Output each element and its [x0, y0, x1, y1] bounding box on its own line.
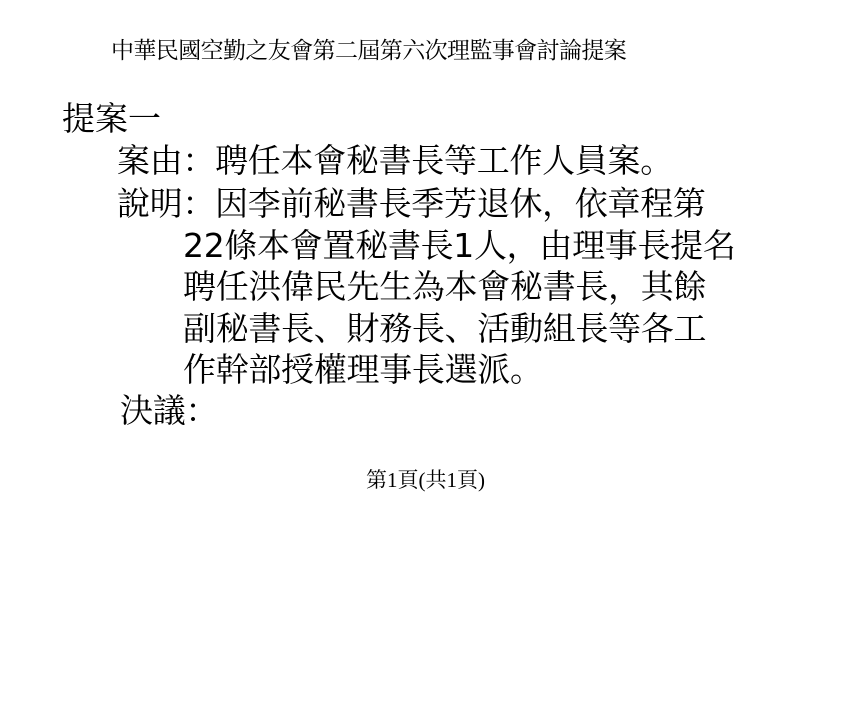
explanation-continuation-line: 22條本會置秘書長1人，由理事長提名 [183, 225, 736, 267]
page-number: 第1頁(共1頁) [366, 466, 485, 494]
proposal-explanation: 說明：因李前秘書長季芳退休，依章程第 [117, 183, 706, 225]
document-title: 中華民國空勤之友會第二屆第六次理監事會討論提案 [111, 36, 626, 66]
explanation-continuation-line: 副秘書長、財務長、活動組長等各工 [183, 308, 706, 350]
proposal-reason: 案由：聘任本會秘書長等工作人員案。 [117, 140, 673, 182]
proposal-resolution: 決議： [120, 390, 218, 432]
explanation-continuation-line: 聘任洪偉民先生為本會秘書長，其餘 [183, 266, 706, 308]
explanation-continuation-line: 作幹部授權理事長選派。 [183, 349, 543, 391]
proposal-heading: 提案一 [62, 98, 161, 140]
